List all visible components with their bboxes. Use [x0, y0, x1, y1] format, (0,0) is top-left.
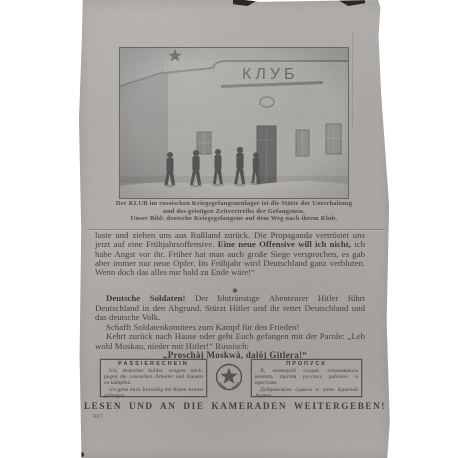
leaflet-sheet: КЛУБ: [79, 0, 391, 458]
pass-russian-line-2: Добровольно сдаюсь в плен Красной Армии.: [255, 387, 358, 399]
dark-speck-bottom-left: [79, 452, 84, 457]
caption-line-2: und des geistigen Zeitvertreibs der Gefa…: [87, 208, 381, 216]
caption-line-3: Unser Bild: deutsche Kriegsgefangene auf…: [87, 215, 381, 223]
caption-line-1: Der KLUB im russischen Kriegsgefangenenl…: [87, 200, 381, 208]
photo-caption: Der KLUB im russischen Kriegsgefangenenl…: [87, 200, 381, 223]
appeal-section: Deutsche Soldaten! Der blutrünstige Aben…: [95, 294, 365, 351]
pass-row: PASSIERSCHEIN Ich, deutscher Soldat, wei…: [100, 359, 362, 397]
appeal-paragraph-3: Kehrt zurück nach Hause oder gebt Euch g…: [95, 332, 365, 351]
pass-box-russian: ПРОПУСК Я, немецкий солдат, отказываюсь …: [251, 359, 362, 397]
emblem-cell: [207, 359, 251, 397]
club-photo: КЛУБ: [119, 47, 349, 199]
pass-text-russian: Я, немецкий солдат, отказываюсь воевать …: [255, 368, 358, 399]
paper-crease-vertical: [352, 32, 353, 128]
pass-russian-line-1: Я, немецкий солдат, отказываюсь воевать …: [255, 368, 358, 387]
pass-german-line-2: Ich gebe mich freiwillig der Roten Armee…: [104, 387, 203, 399]
scan-background: КЛУБ: [0, 0, 458, 458]
club-photo-illustration: КЛУБ: [120, 48, 348, 198]
pass-text-german: Ich, deutscher Soldat, weigere mich, geg…: [104, 368, 203, 399]
pass-box-german: PASSIERSCHEIN Ich, deutscher Soldat, wei…: [100, 359, 207, 397]
pass-title-german: PASSIERSCHEIN: [104, 361, 203, 368]
letter-paragraph: luste und ziehen uns aus Rußland zurück.…: [95, 231, 365, 277]
red-army-star-emblem-icon: [214, 362, 244, 392]
appeal-paragraph-1: Deutsche Soldaten! Der blutrünstige Aben…: [95, 294, 365, 323]
torn-edge-mark-top-right: [338, 0, 365, 6]
pass-title-russian: ПРОПУСК: [255, 361, 358, 368]
leaflet-number: 807: [93, 414, 104, 420]
footer-banner: LESEN UND AN DIE KAMERADEN WEITERGEBEN!: [79, 401, 391, 411]
appeal-salutation: Deutsche Soldaten!: [106, 293, 185, 303]
pass-german-line-1: Ich, deutscher Soldat, weigere mich, geg…: [104, 368, 203, 387]
torn-edge-mark-top-center: [233, 0, 258, 6]
